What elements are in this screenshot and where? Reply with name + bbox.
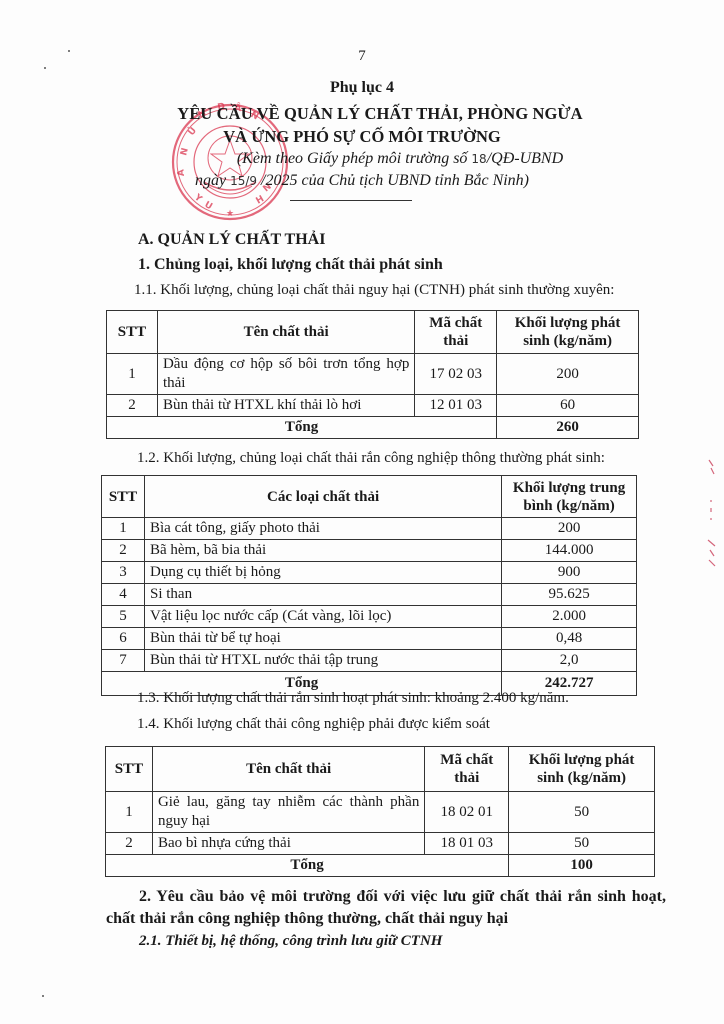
table-cell: 18 02 01 — [425, 792, 509, 833]
table-cell: Bao bì nhựa cứng thải — [152, 833, 424, 855]
subtitle-text: /QĐ-UBND — [487, 150, 563, 167]
table-total-row: Tổng 260 — [107, 417, 639, 439]
table-cell: Bùn thải từ HTXL nước thải tập trung — [144, 650, 501, 672]
svg-text:★: ★ — [226, 209, 234, 219]
table-cell: Dầu động cơ hộp số bôi trơn tổng hợp thả… — [157, 354, 414, 395]
column-header: Tên chất thải — [152, 747, 424, 792]
column-header: STT — [106, 747, 153, 792]
table-cell: 12 01 03 — [415, 395, 497, 417]
table-cell: 7 — [102, 650, 145, 672]
table-header-row: STT Tên chất thải Mã chất thải Khối lượn… — [107, 311, 639, 354]
table-cell: 200 — [502, 518, 637, 540]
table-cell: 60 — [497, 395, 639, 417]
table-row: 1 Giẻ lau, găng tay nhiễm các thành phần… — [106, 792, 655, 833]
paragraph-1-1: 1.1. Khối lượng, chủng loại chất thải ng… — [134, 282, 614, 299]
date-handwritten: 15/9 — [230, 174, 257, 188]
table-row: 2Bã hèm, bã bia thải144.000 — [102, 540, 637, 562]
table-row: 5Vật liệu lọc nước cấp (Cát vàng, lõi lọ… — [102, 606, 637, 628]
total-value: 100 — [509, 855, 655, 877]
table-cell: 900 — [502, 562, 637, 584]
table-cell: 95.625 — [502, 584, 637, 606]
table-cell: Giẻ lau, găng tay nhiễm các thành phần n… — [152, 792, 424, 833]
section-1-heading: 1. Chủng loại, khối lượng chất thải phát… — [138, 256, 443, 274]
table-header-row: STT Các loại chất thải Khối lượng trung … — [102, 476, 637, 518]
table-row: 2 Bao bì nhựa cứng thải 18 01 03 50 — [106, 833, 655, 855]
table-cell: 2 — [107, 395, 158, 417]
table-cell: Si than — [144, 584, 501, 606]
table-cell: 144.000 — [502, 540, 637, 562]
table-cell: 2,0 — [502, 650, 637, 672]
subtitle-text: (Kèm theo Giấy phép môi trường số — [237, 150, 472, 167]
table-cell: 1 — [102, 518, 145, 540]
table-cell: Bìa cát tông, giấy photo thải — [144, 518, 501, 540]
table-cell: Bã hèm, bã bia thải — [144, 540, 501, 562]
section-2-heading: 2. Yêu cầu bảo vệ môi trường đối với việ… — [106, 886, 666, 930]
column-header: Khối lượng phát sinh (kg/năm) — [509, 747, 655, 792]
svg-text:H: H — [255, 194, 267, 206]
table-cell: 0,48 — [502, 628, 637, 650]
table-cell: Dụng cụ thiết bị hỏng — [144, 562, 501, 584]
paragraph-1-4: 1.4. Khối lượng chất thải công nghiệp ph… — [137, 716, 490, 733]
document-title-line-1: YÊU CẦU VỀ QUẢN LÝ CHẤT THẢI, PHÒNG NGỪA — [0, 104, 724, 124]
column-header: Tên chất thải — [157, 311, 414, 354]
section-a-heading: A. QUẢN LÝ CHẤT THẢI — [138, 231, 325, 249]
table-cell: 3 — [102, 562, 145, 584]
table-cell: Bùn thải từ bể tự hoại — [144, 628, 501, 650]
table-cell: 50 — [509, 792, 655, 833]
table-cell: 2 — [106, 833, 153, 855]
permit-number-handwritten: 18 — [471, 152, 486, 166]
total-label: Tổng — [106, 855, 509, 877]
margin-annotation-marks — [705, 440, 719, 570]
table-cell: Bùn thải từ HTXL khí thải lò hơi — [157, 395, 414, 417]
controlled-industrial-waste-table: STT Tên chất thải Mã chất thải Khối lượn… — [105, 746, 655, 877]
total-value: 260 — [497, 417, 639, 439]
table-header-row: STT Tên chất thải Mã chất thải Khối lượn… — [106, 747, 655, 792]
table-cell: 1 — [106, 792, 153, 833]
table-cell: 1 — [107, 354, 158, 395]
subtitle-text: ngày — [195, 172, 230, 189]
table-row: 6Bùn thải từ bể tự hoại0,48 — [102, 628, 637, 650]
table-cell: 2 — [102, 540, 145, 562]
table-cell: 4 — [102, 584, 145, 606]
table-cell: Vật liệu lọc nước cấp (Cát vàng, lõi lọc… — [144, 606, 501, 628]
document-title-line-2: VÀ ỨNG PHÓ SỰ CỐ MÔI TRƯỜNG — [0, 127, 724, 147]
column-header: STT — [102, 476, 145, 518]
column-header: Khối lượng trung bình (kg/năm) — [502, 476, 637, 518]
table-row: 1Bìa cát tông, giấy photo thải200 — [102, 518, 637, 540]
paragraph-1-2: 1.2. Khối lượng, chủng loại chất thải rắ… — [137, 450, 605, 467]
column-header: Khối lượng phát sinh (kg/năm) — [497, 311, 639, 354]
scan-speck — [42, 995, 44, 997]
industrial-solid-waste-table: STT Các loại chất thải Khối lượng trung … — [101, 475, 637, 696]
column-header: STT — [107, 311, 158, 354]
table-row: 7Bùn thải từ HTXL nước thải tập trung2,0 — [102, 650, 637, 672]
title-underline-divider — [290, 200, 412, 201]
table-row: 4Si than95.625 — [102, 584, 637, 606]
table-cell: 2.000 — [502, 606, 637, 628]
column-header: Mã chất thải — [425, 747, 509, 792]
table-cell: 50 — [509, 833, 655, 855]
scan-speck — [44, 67, 46, 69]
table-row: 2 Bùn thải từ HTXL khí thải lò hơi 12 01… — [107, 395, 639, 417]
table-total-row: Tổng 100 — [106, 855, 655, 877]
paragraph-1-3: 1.3. Khối lượng chất thải rắn sinh hoạt … — [137, 690, 569, 707]
table-row: 1 Dầu động cơ hộp số bôi trơn tổng hợp t… — [107, 354, 639, 395]
subtitle-text: /2025 của Chủ tịch UBND tỉnh Bắc Ninh) — [257, 172, 529, 189]
table-row: 3Dụng cụ thiết bị hỏng900 — [102, 562, 637, 584]
column-header: Các loại chất thải — [144, 476, 501, 518]
total-label: Tổng — [107, 417, 497, 439]
section-2-1-heading: 2.1. Thiết bị, hệ thống, công trình lưu … — [139, 933, 442, 950]
page-number: 7 — [0, 48, 724, 65]
table-cell: 18 01 03 — [425, 833, 509, 855]
column-header: Mã chất thải — [415, 311, 497, 354]
svg-text:U: U — [203, 200, 214, 212]
subtitle-line-1: (Kèm theo Giấy phép môi trường số 18/QĐ-… — [0, 150, 724, 168]
svg-text:Y: Y — [191, 192, 204, 205]
table-cell: 200 — [497, 354, 639, 395]
subtitle-line-2: ngày 15/9 /2025 của Chủ tịch UBND tỉnh B… — [0, 172, 724, 190]
table-cell: 5 — [102, 606, 145, 628]
appendix-title: Phụ lục 4 — [0, 79, 724, 97]
table-cell: 17 02 03 — [415, 354, 497, 395]
table-cell: 6 — [102, 628, 145, 650]
hazardous-waste-table: STT Tên chất thải Mã chất thải Khối lượn… — [106, 310, 639, 439]
